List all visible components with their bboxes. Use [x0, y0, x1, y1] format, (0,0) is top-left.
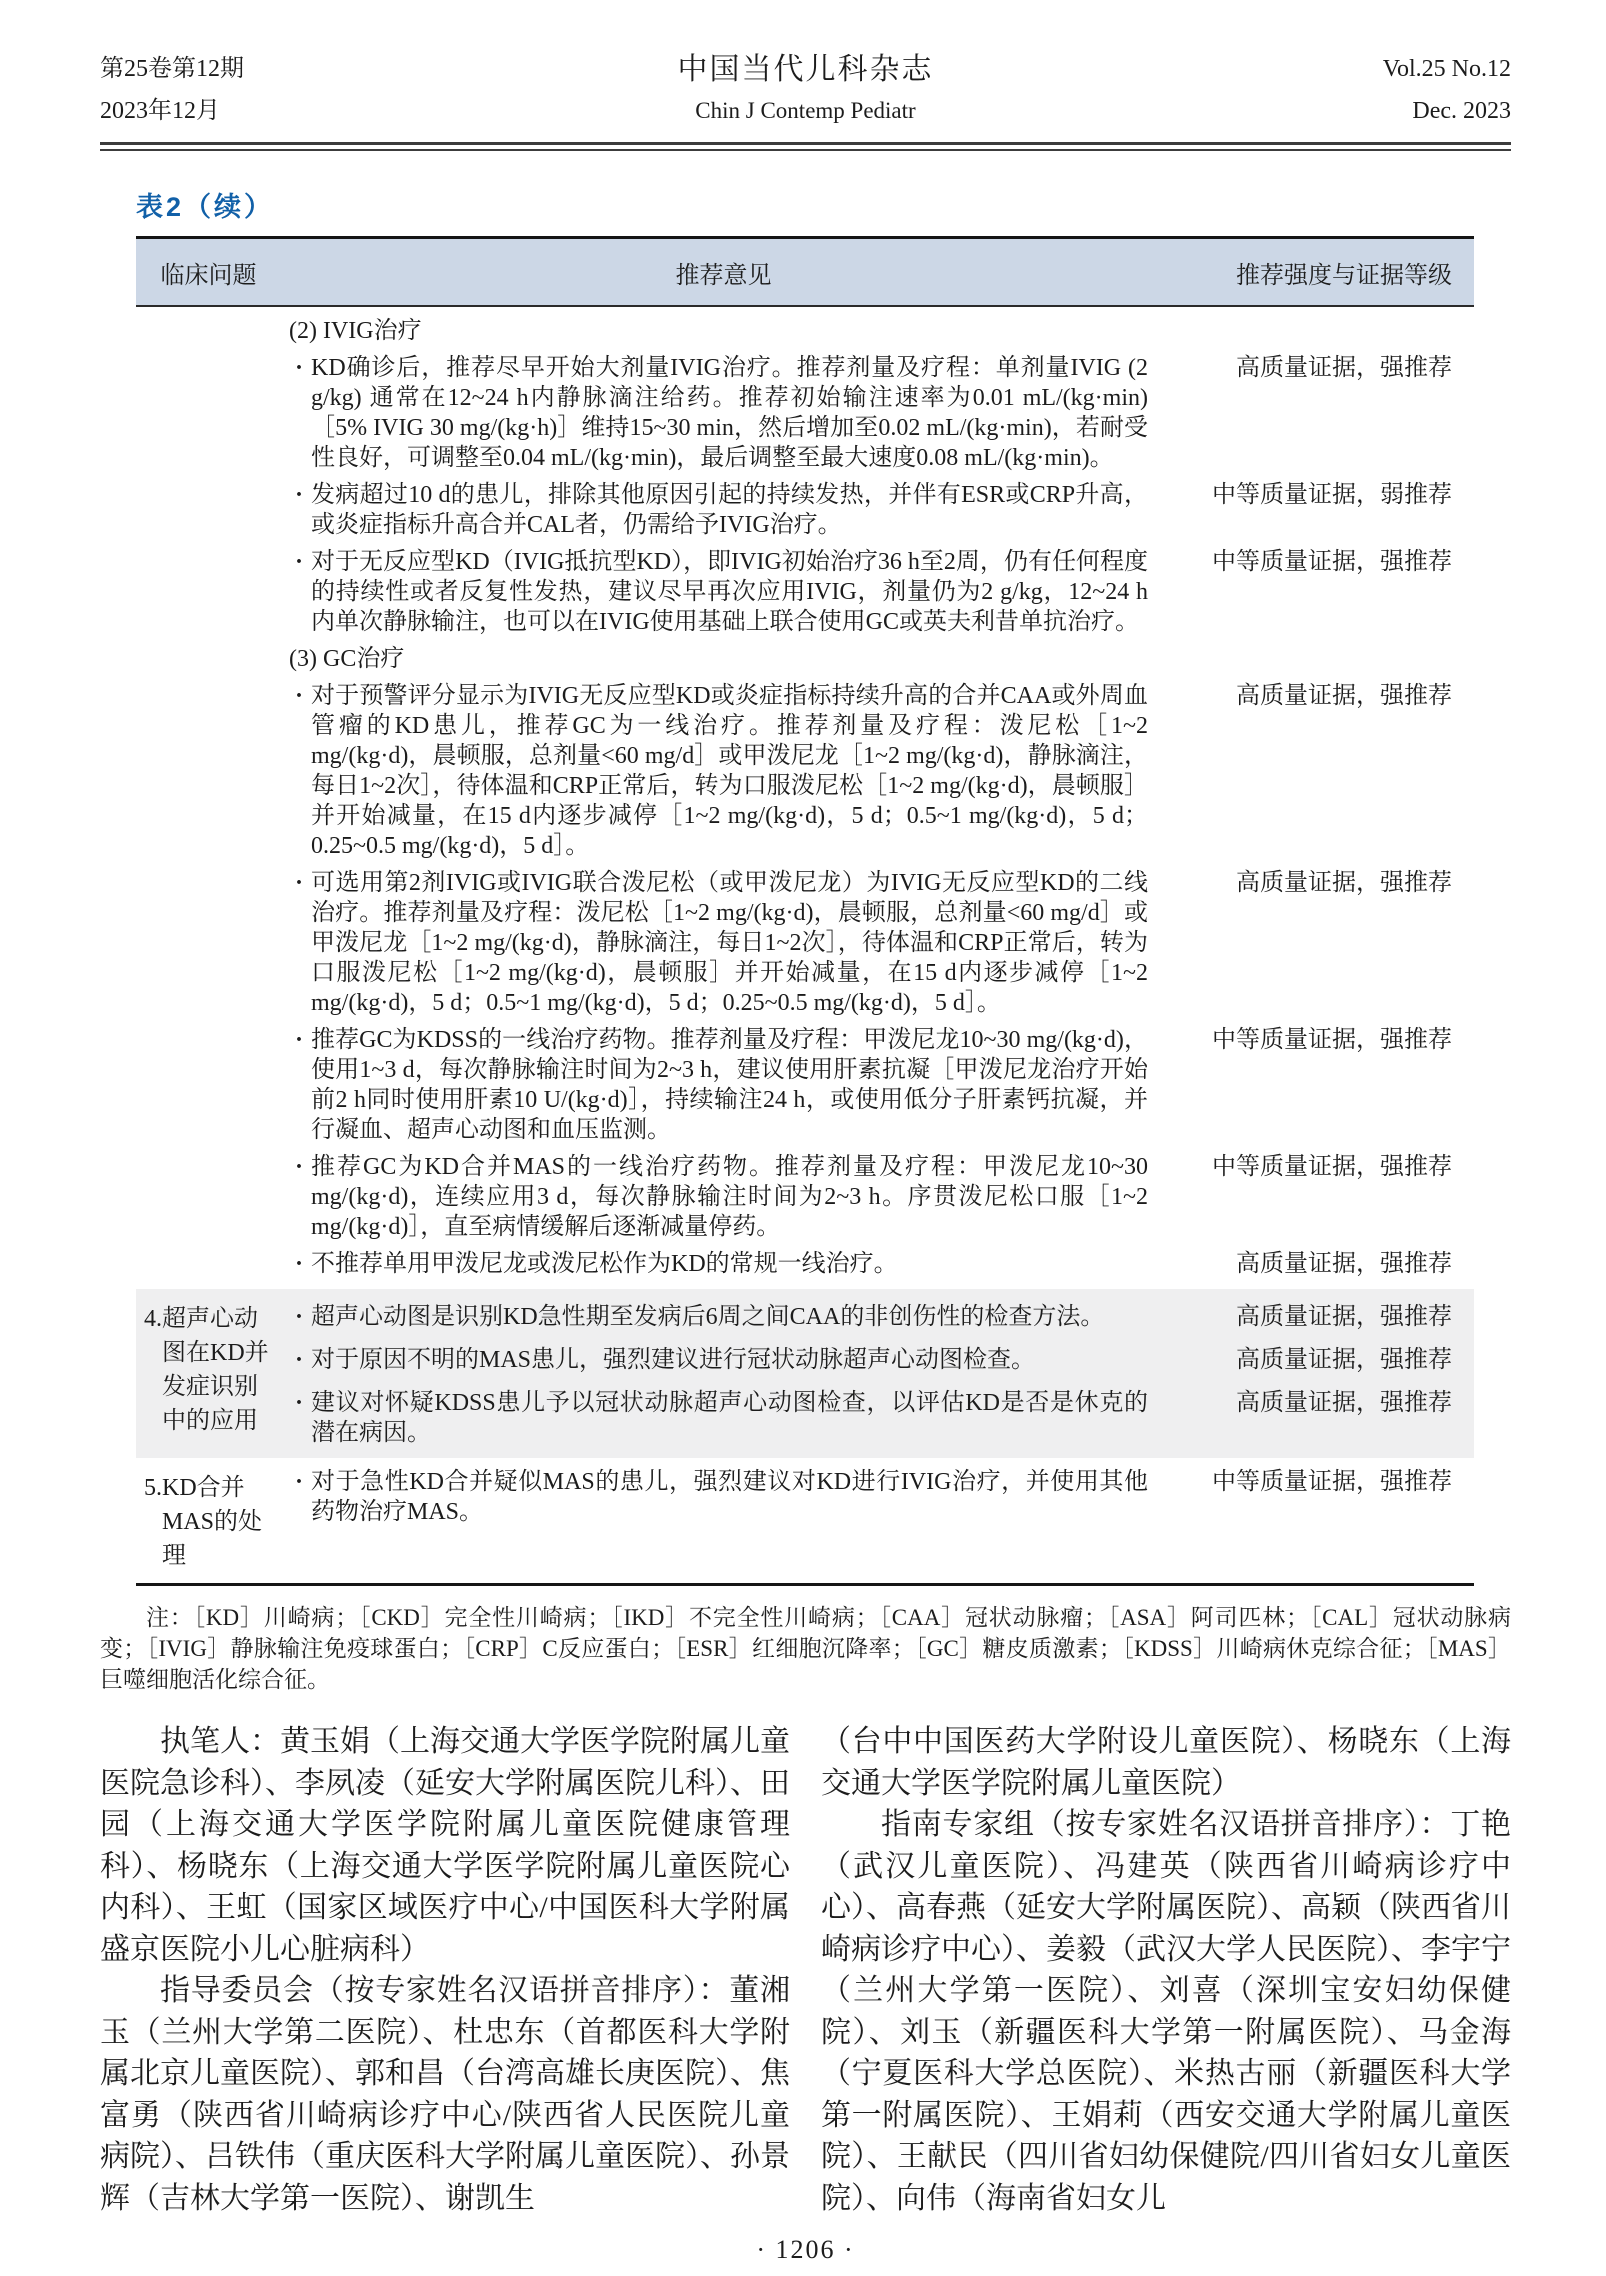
- header-left: 第25卷第12期 2023年12月: [100, 48, 360, 132]
- question-cell: [136, 316, 281, 1279]
- recommendation-text: KD确诊后，推荐尽早开始大剂量IVIG治疗。推荐剂量及疗程：单剂量IVIG (2…: [281, 353, 1166, 473]
- header-center: 中国当代儿科杂志 Chin J Contemp Pediatr: [360, 48, 1251, 130]
- header-double-rule: [100, 142, 1511, 151]
- recommendation-table: 临床问题 推荐意见 推荐强度与证据等级 (2) IVIG治疗 KD确诊后，推荐尽…: [136, 236, 1474, 1586]
- table-caption: 表2（续）: [136, 185, 1511, 224]
- evidence-grade: 高质量证据，强推荐: [1166, 353, 1474, 383]
- recommendation-text: 对于预警评分显示为IVIG无反应型KD或炎症指标持续升高的合并CAA或外周血管瘤…: [281, 681, 1166, 861]
- recommendation-text: 可选用第2剂IVIG或IVIG联合泼尼松（或甲泼尼龙）为IVIG无反应型KD的二…: [281, 868, 1166, 1018]
- recommendation-subheading: (3) GC治疗: [281, 644, 1166, 674]
- evidence-grade: 中等质量证据，强推荐: [1166, 1467, 1474, 1497]
- table-note: 注：［KD］川崎病；［CKD］完全性川崎病；［IKD］不完全性川崎病；［CAA］…: [100, 1602, 1511, 1695]
- continuation-paragraph: （台中中国医药大学附设儿童医院）、杨晓东（上海交通大学医学院附属儿童医院）: [821, 1721, 1511, 1804]
- evidence-grade: 中等质量证据，强推荐: [1166, 547, 1474, 577]
- page-number: · 1206 ·: [100, 2235, 1511, 2265]
- recommendation-text: 推荐GC为KDSS的一线治疗药物。推荐剂量及疗程：甲泼尼龙10~30 mg/(k…: [281, 1025, 1166, 1145]
- recommendation-text: 对于原因不明的MAS患儿，强烈建议进行冠状动脉超声心动图检查。: [281, 1345, 1166, 1375]
- author-column-right: （台中中国医药大学附设儿童医院）、杨晓东（上海交通大学医学院附属儿童医院） 指南…: [821, 1721, 1511, 2219]
- recommendation-text: 对于无反应型KD（IVIG抵抗型KD），即IVIG初始治疗36 h至2周，仍有任…: [281, 547, 1166, 637]
- date-cn: 2023年12月: [100, 90, 360, 132]
- evidence-grade: 高质量证据，强推荐: [1166, 1345, 1474, 1375]
- recommendation-item: (2) IVIG治疗: [281, 316, 1474, 346]
- journal-title-en: Chin J Contemp Pediatr: [360, 92, 1251, 130]
- journal-title-cn: 中国当代儿科杂志: [360, 48, 1251, 92]
- recommendation-subheading: (2) IVIG治疗: [281, 316, 1166, 346]
- question-cell: 4.超声心动图在KD并发症识别中的应用: [136, 1298, 281, 1448]
- recommendation-item: (3) GC治疗: [281, 644, 1474, 674]
- table-row: 4.超声心动图在KD并发症识别中的应用 超声心动图是识别KD急性期至发病后6周之…: [136, 1289, 1474, 1458]
- volume-issue-en: Vol.25 No.12: [1251, 48, 1511, 90]
- evidence-grade: 中等质量证据，弱推荐: [1166, 480, 1474, 510]
- steering-committee-paragraph: 指导委员会（按专家姓名汉语拼音排序）：董湘玉（兰州大学第二医院）、杜忠东（首都医…: [100, 1970, 790, 2219]
- recommendation-text: 不推荐单用甲泼尼龙或泼尼松作为KD的常规一线治疗。: [281, 1249, 1166, 1279]
- recommendation-text: 发病超过10 d的患儿，排除其他原因引起的持续发热，并伴有ESR或CRP升高，或…: [281, 480, 1166, 540]
- recommendation-item: 对于急性KD合并疑似MAS的患儿，强烈建议对KD进行IVIG治疗，并使用其他药物…: [281, 1467, 1474, 1527]
- recommendation-item: 对于无反应型KD（IVIG抵抗型KD），即IVIG初始治疗36 h至2周，仍有任…: [281, 547, 1474, 637]
- recommendation-item: 可选用第2剂IVIG或IVIG联合泼尼松（或甲泼尼龙）为IVIG无反应型KD的二…: [281, 868, 1474, 1018]
- evidence-grade: 中等质量证据，强推荐: [1166, 1025, 1474, 1055]
- recommendation-text: 推荐GC为KD合并MAS的一线治疗药物。推荐剂量及疗程：甲泼尼龙10~30 mg…: [281, 1152, 1166, 1242]
- recommendation-item: KD确诊后，推荐尽早开始大剂量IVIG治疗。推荐剂量及疗程：单剂量IVIG (2…: [281, 353, 1474, 473]
- recommendation-item: 发病超过10 d的患儿，排除其他原因引起的持续发热，并伴有ESR或CRP升高，或…: [281, 480, 1474, 540]
- recommendation-items: (2) IVIG治疗 KD确诊后，推荐尽早开始大剂量IVIG治疗。推荐剂量及疗程…: [281, 316, 1474, 1279]
- evidence-grade: 中等质量证据，强推荐: [1166, 1152, 1474, 1182]
- evidence-grade: 高质量证据，强推荐: [1166, 868, 1474, 898]
- column-header-grade: 推荐强度与证据等级: [1166, 255, 1474, 290]
- recommendation-text: 对于急性KD合并疑似MAS的患儿，强烈建议对KD进行IVIG治疗，并使用其他药物…: [281, 1467, 1166, 1527]
- recommendation-item: 超声心动图是识别KD急性期至发病后6周之间CAA的非创伤性的检查方法。 高质量证…: [281, 1302, 1474, 1332]
- evidence-grade: 高质量证据，强推荐: [1166, 1249, 1474, 1279]
- table-header-row: 临床问题 推荐意见 推荐强度与证据等级: [136, 239, 1474, 307]
- recommendation-text: 建议对怀疑KDSS患儿予以冠状动脉超声心动图检查，以评估KD是否是休克的潜在病因…: [281, 1388, 1166, 1448]
- recommendation-item: 对于预警评分显示为IVIG无反应型KD或炎症指标持续升高的合并CAA或外周血管瘤…: [281, 681, 1474, 861]
- author-section: 执笔人：黄玉娟（上海交通大学医学院附属儿童医院急诊科）、李夙凌（延安大学附属医院…: [100, 1721, 1511, 2219]
- recommendation-items: 对于急性KD合并疑似MAS的患儿，强烈建议对KD进行IVIG治疗，并使用其他药物…: [281, 1467, 1474, 1573]
- header-right: Vol.25 No.12 Dec. 2023: [1251, 48, 1511, 132]
- author-column-left: 执笔人：黄玉娟（上海交通大学医学院附属儿童医院急诊科）、李夙凌（延安大学附属医院…: [100, 1721, 790, 2219]
- table-row: (2) IVIG治疗 KD确诊后，推荐尽早开始大剂量IVIG治疗。推荐剂量及疗程…: [136, 307, 1474, 1289]
- recommendation-text: 超声心动图是识别KD急性期至发病后6周之间CAA的非创伤性的检查方法。: [281, 1302, 1166, 1332]
- column-header-recommendation: 推荐意见: [281, 255, 1166, 290]
- recommendation-item: 推荐GC为KDSS的一线治疗药物。推荐剂量及疗程：甲泼尼龙10~30 mg/(k…: [281, 1025, 1474, 1145]
- recommendation-item: 对于原因不明的MAS患儿，强烈建议进行冠状动脉超声心动图检查。 高质量证据，强推…: [281, 1345, 1474, 1375]
- column-header-clinical-question: 临床问题: [136, 255, 281, 290]
- volume-issue-cn: 第25卷第12期: [100, 48, 360, 90]
- evidence-grade: 高质量证据，强推荐: [1166, 1302, 1474, 1332]
- recommendation-item: 建议对怀疑KDSS患儿予以冠状动脉超声心动图检查，以评估KD是否是休克的潜在病因…: [281, 1388, 1474, 1448]
- expert-group-paragraph: 指南专家组（按专家姓名汉语拼音排序）：丁艳（武汉儿童医院）、冯建英（陕西省川崎病…: [821, 1804, 1511, 2219]
- journal-page: 第25卷第12期 2023年12月 中国当代儿科杂志 Chin J Contem…: [0, 0, 1606, 2276]
- table-row: 5.KD合并MAS的处理 对于急性KD合并疑似MAS的患儿，强烈建议对KD进行I…: [136, 1458, 1474, 1583]
- recommendation-item: 推荐GC为KD合并MAS的一线治疗药物。推荐剂量及疗程：甲泼尼龙10~30 mg…: [281, 1152, 1474, 1242]
- question-cell: 5.KD合并MAS的处理: [136, 1467, 281, 1573]
- evidence-grade: 高质量证据，强推荐: [1166, 681, 1474, 711]
- recommendation-items: 超声心动图是识别KD急性期至发病后6周之间CAA的非创伤性的检查方法。 高质量证…: [281, 1298, 1474, 1448]
- authors-paragraph: 执笔人：黄玉娟（上海交通大学医学院附属儿童医院急诊科）、李夙凌（延安大学附属医院…: [100, 1721, 790, 1970]
- recommendation-item: 不推荐单用甲泼尼龙或泼尼松作为KD的常规一线治疗。 高质量证据，强推荐: [281, 1249, 1474, 1279]
- date-en: Dec. 2023: [1251, 90, 1511, 132]
- journal-header: 第25卷第12期 2023年12月 中国当代儿科杂志 Chin J Contem…: [100, 48, 1511, 132]
- evidence-grade: 高质量证据，强推荐: [1166, 1388, 1474, 1418]
